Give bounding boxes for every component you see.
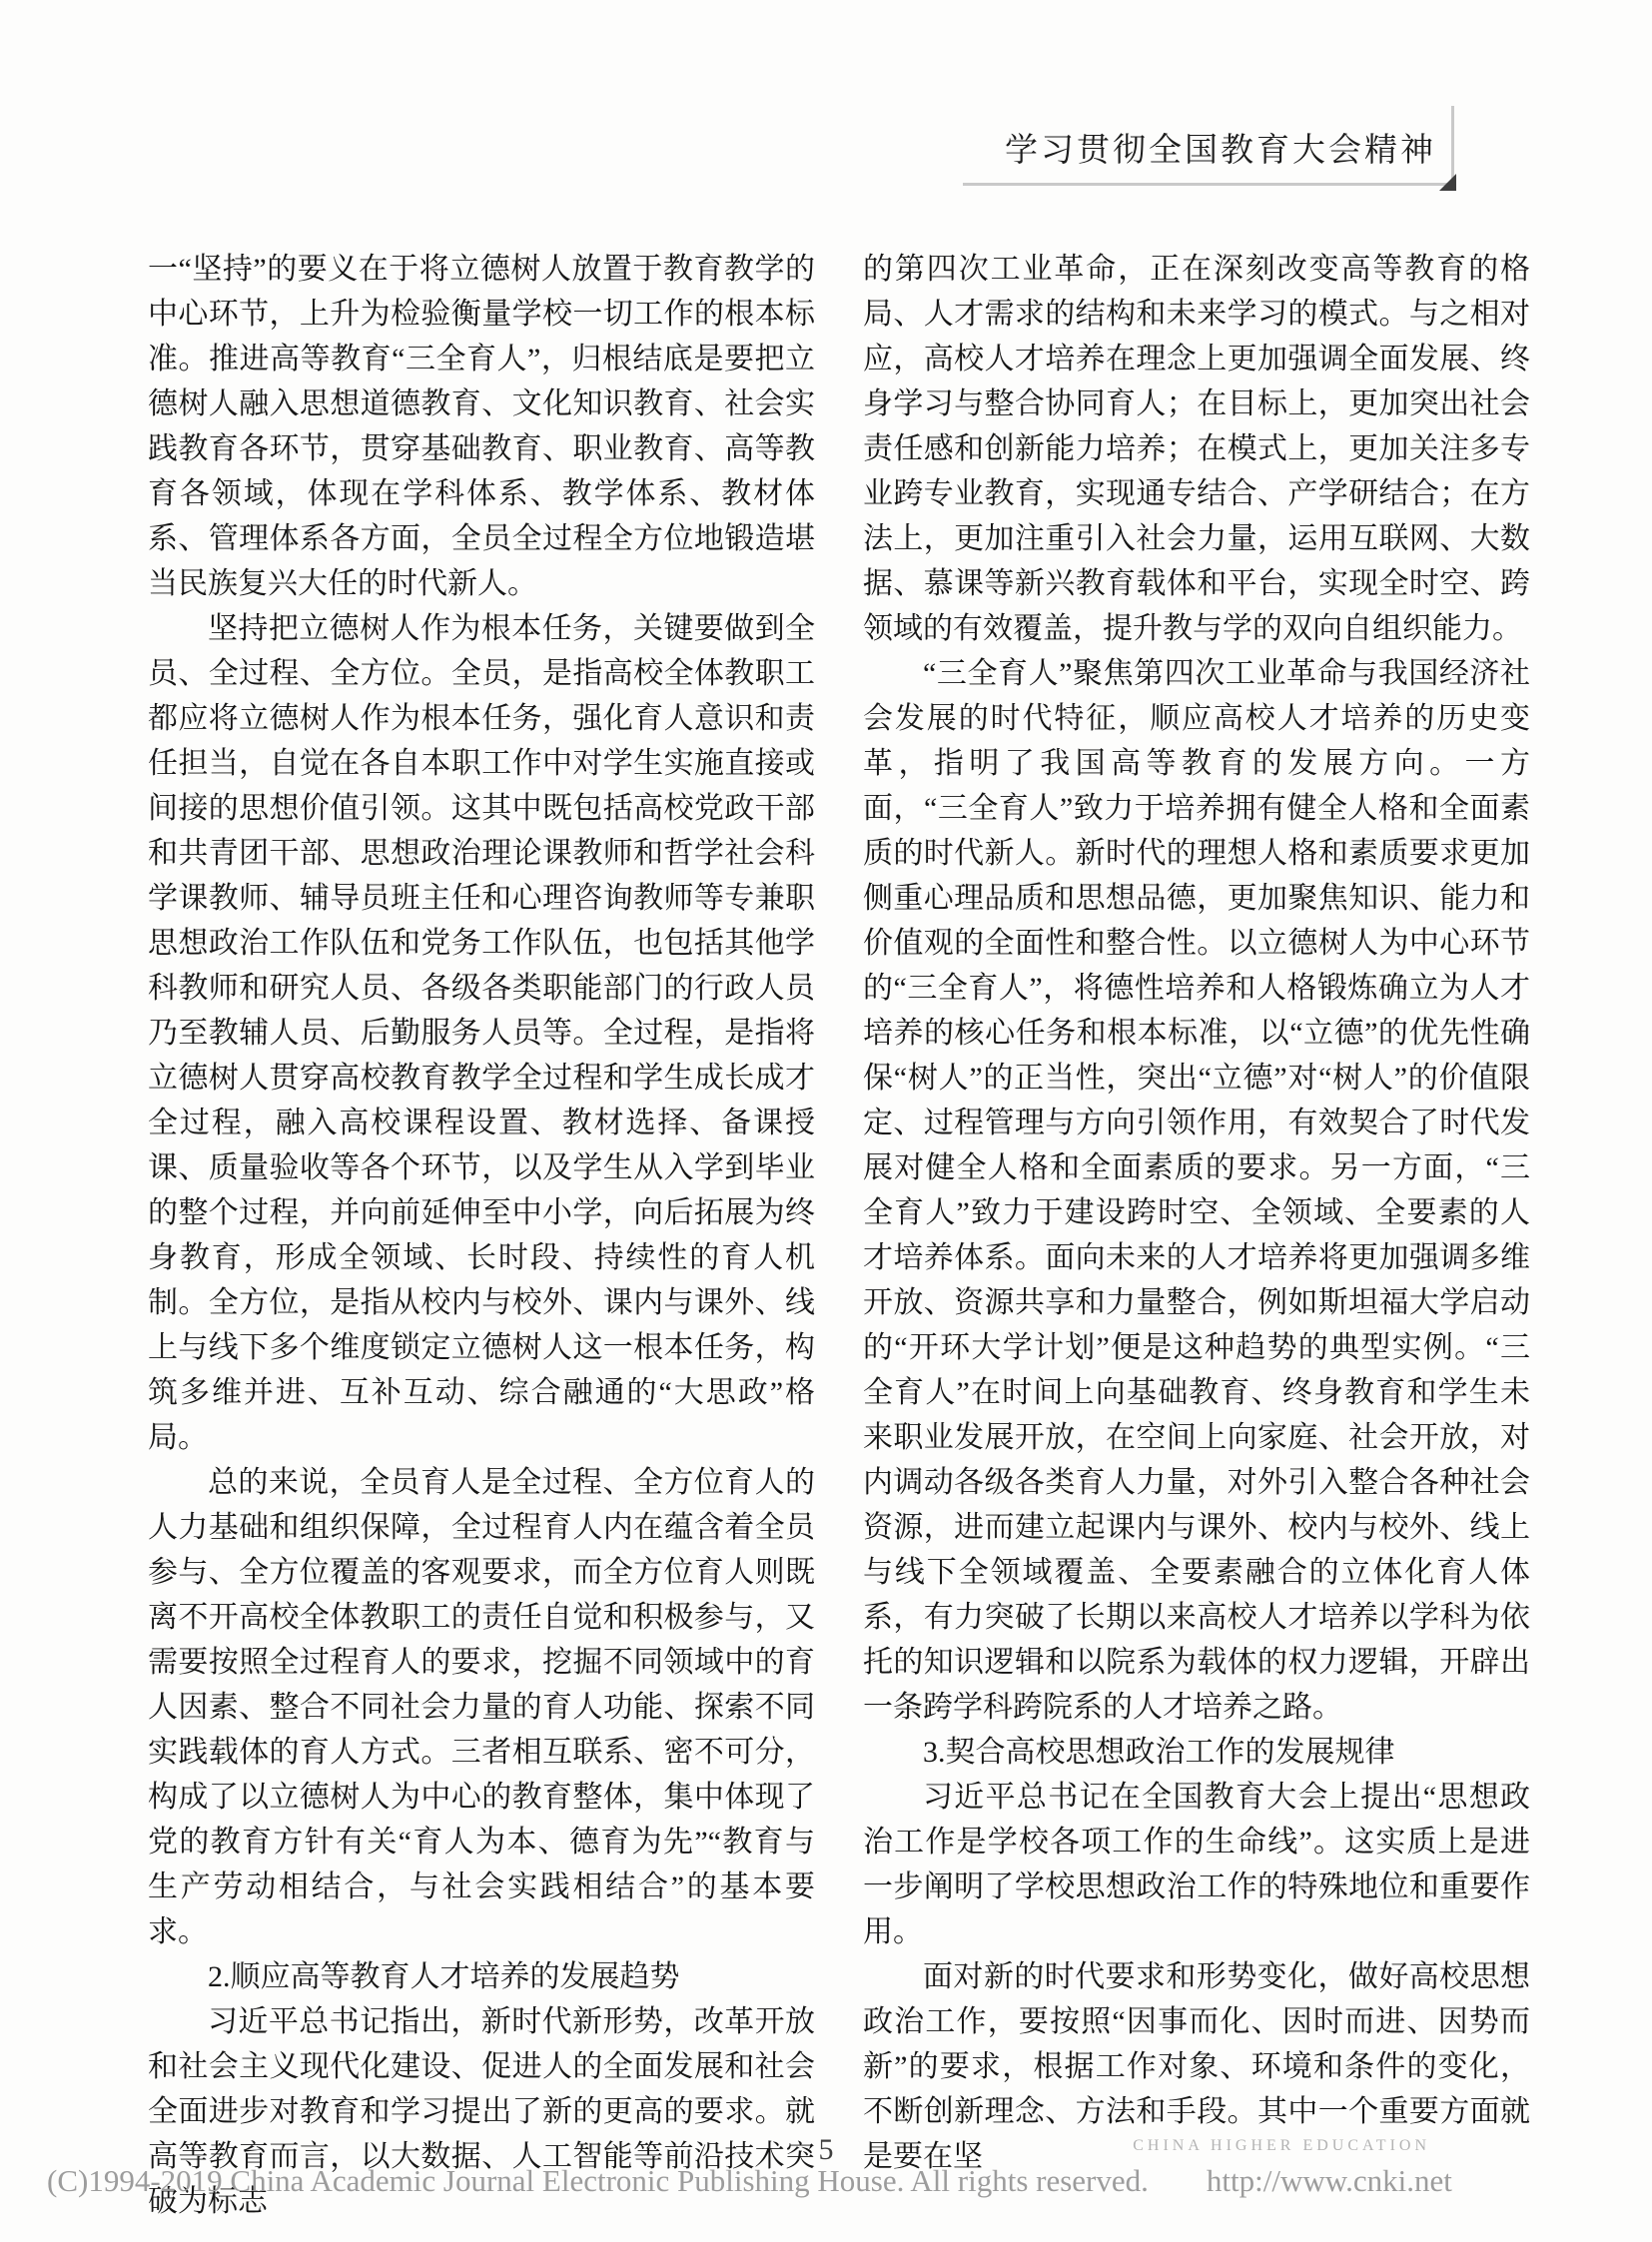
journal-name-english: CHINA HIGHER EDUCATION: [1133, 2137, 1430, 2155]
left-column: 一“坚持”的要义在于将立德树人放置于教育教学的中心环节，上升为检验衡量学校一切工…: [148, 247, 815, 2224]
subheading-3: 3.契合高校思想政治工作的发展规律: [863, 1730, 1530, 1775]
copyright-notice: (C)1994-2019 China Academic Journal Elec…: [47, 2163, 1452, 2199]
subheading-2: 2.顺应高等教育人才培养的发展趋势: [148, 1954, 815, 1999]
body-paragraph: 一“坚持”的要义在于将立德树人放置于教育教学的中心环节，上升为检验衡量学校一切工…: [148, 247, 815, 606]
section-title: 学习贯彻全国教育大会精神: [1005, 131, 1436, 168]
cnki-url: http://www.cnki.net: [1207, 2163, 1452, 2198]
section-header: 学习贯彻全国教育大会精神: [963, 116, 1452, 186]
body-paragraph: 坚持把立德树人作为根本任务，关键要做到全员、全过程、全方位。全员，是指高校全体教…: [148, 606, 815, 1460]
body-paragraph: 习近平总书记在全国教育大会上提出“思想政治工作是学校各项工作的生命线”。这实质上…: [863, 1775, 1530, 1954]
body-paragraph: “三全育人”聚焦第四次工业革命与我国经济社会发展的时代特征，顺应高校人才培养的历…: [863, 651, 1530, 1730]
right-column: 的第四次工业革命，正在深刻改变高等教育的格局、人才需求的结构和未来学习的模式。与…: [863, 247, 1530, 2179]
header-vertical-rule: [1451, 106, 1454, 183]
journal-page: 学习贯彻全国教育大会精神 一“坚持”的要义在于将立德树人放置于教育教学的中心环节…: [0, 0, 1652, 2242]
header-corner-triangle: [1439, 174, 1456, 191]
copyright-text: (C)1994-2019 China Academic Journal Elec…: [47, 2163, 1149, 2198]
body-paragraph: 总的来说，全员育人是全过程、全方位育人的人力基础和组织保障，全过程育人内在蕴含着…: [148, 1460, 815, 1954]
body-paragraph: 的第四次工业革命，正在深刻改变高等教育的格局、人才需求的结构和未来学习的模式。与…: [863, 247, 1530, 651]
